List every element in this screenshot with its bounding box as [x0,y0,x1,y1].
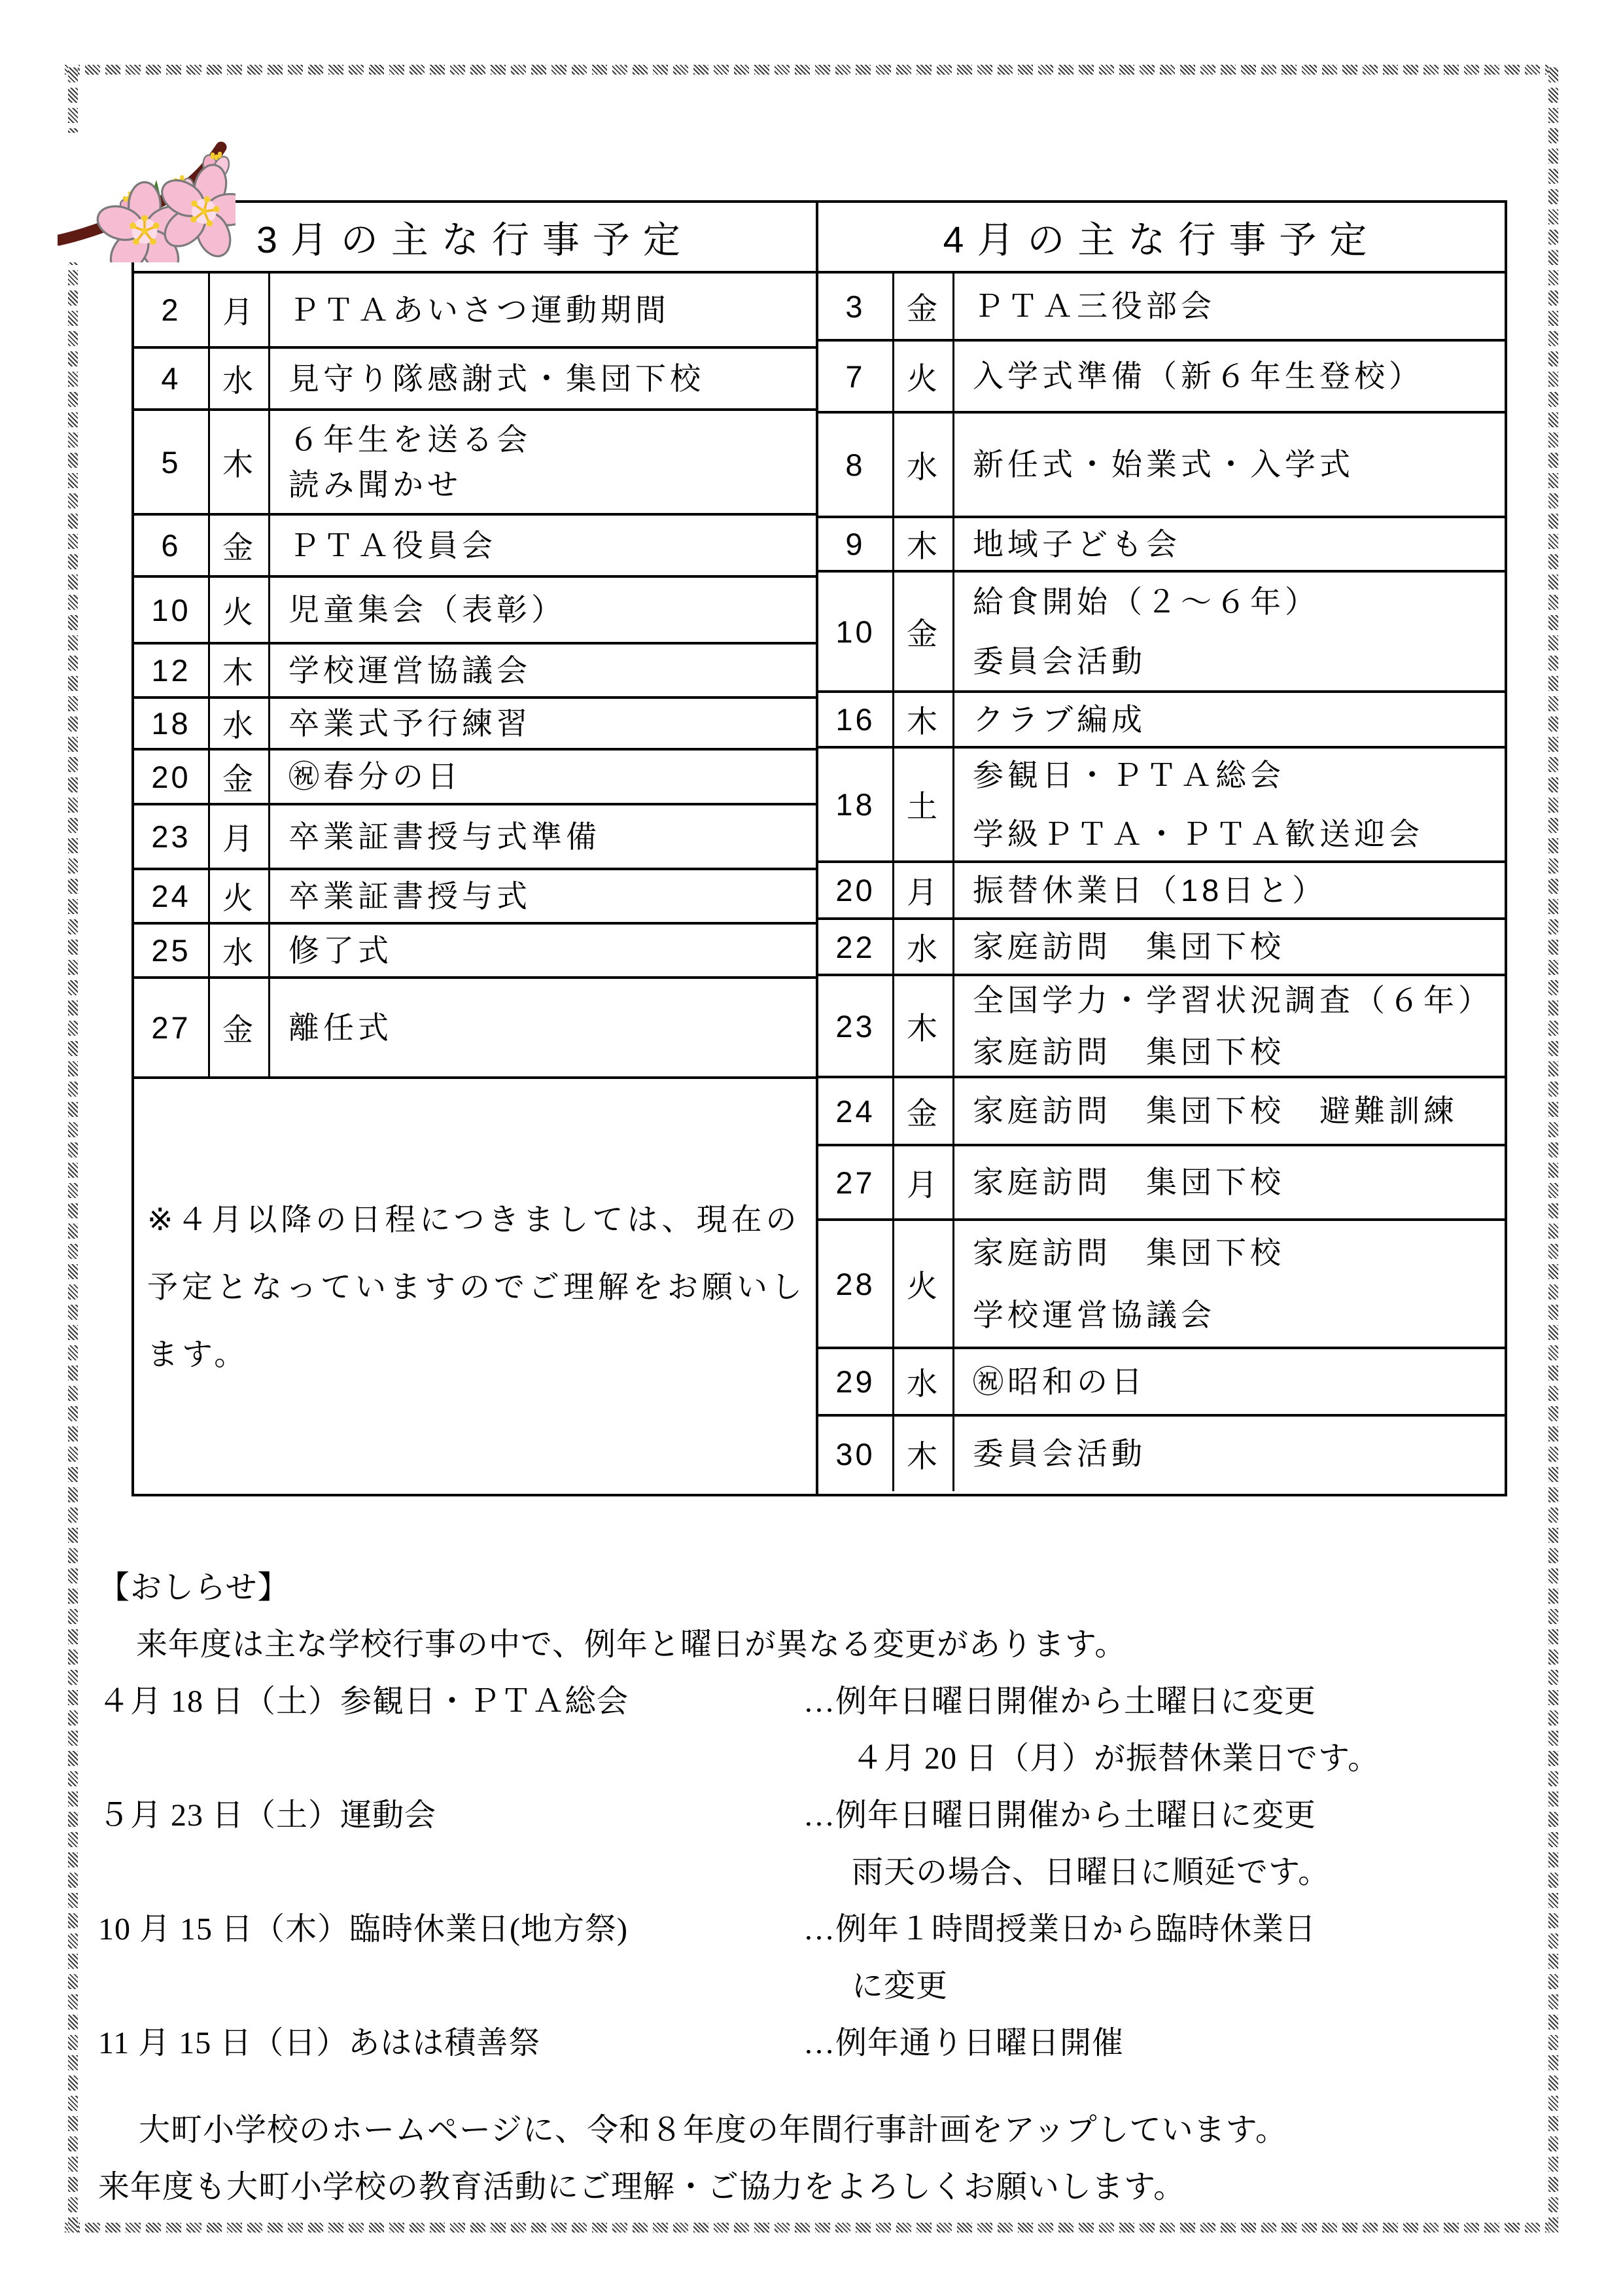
event-line: 家庭訪問 集団下校 [973,1235,1505,1271]
day-cell: 金 [210,979,270,1076]
table-row: 28 火 家庭訪問 集団下校学校運営協議会 [818,1221,1505,1349]
table-row: 8 水 新任式・始業式・入学式 [818,414,1505,518]
day-cell: 水 [210,699,270,748]
day-cell: 月 [210,274,270,346]
date-cell: 27 [818,1146,894,1218]
event-line: 学級ＰＴＡ・ＰＴＡ歓送迎会 [973,816,1505,852]
event-line: 地域子ども会 [973,526,1505,562]
day-cell: 金 [210,751,270,803]
day-cell: 水 [210,925,270,976]
event-line: 学校運営協議会 [973,1297,1505,1333]
table-row: 20 月 振替休業日（18日と） [818,863,1505,920]
event-cell: 委員会活動 [954,1417,1505,1491]
notice-item: 11 月 15 日（日）あはは積善祭 …例年通り日曜日開催 [98,2011,1541,2068]
event-line: 委員会活動 [973,643,1505,679]
table-row: 3 金 ＰＴＡ三役部会 [818,274,1505,342]
notice-item-change: …例年１時間授業日から臨時休業日 [803,1903,1541,1949]
event-line: 卒業証書授与式準備 [288,819,816,855]
date-cell: 18 [818,749,894,860]
event-line: 家庭訪問 集団下校 [973,1164,1505,1200]
schedule-note-cell: ※４月以降の日程につきましては、現在の 予定となっていますのでご理解をお願いし … [134,1079,816,1494]
event-line: 家庭訪問 集団下校 避難訓練 [973,1093,1505,1129]
notice-section: 【おしらせ】 来年度は主な学校行事の中で、例年と曜日が異なる変更があります。 ４… [98,1556,1541,2212]
date-cell: 23 [134,805,210,868]
day-cell: 木 [210,411,270,513]
march-title: 3月の主な行事予定 [134,203,816,274]
table-row: 27 月 家庭訪問 集団下校 [818,1146,1505,1221]
date-cell: 24 [818,1078,894,1144]
event-line: ＰＴＡあいさつ運動期間 [288,292,816,328]
notice-item-event: ４月 18 日（土）参観日・ＰＴＡ総会 [98,1676,803,1721]
event-line: 学校運営協議会 [288,652,816,688]
day-cell: 木 [894,976,954,1076]
table-row: 18 水 卒業式予行練習 [134,699,816,751]
event-cell: ＰＴＡ三役部会 [954,274,1505,339]
date-cell: 23 [818,976,894,1076]
event-cell: 学校運営協議会 [270,645,816,696]
table-row: 23 木 全国学力・学習状況調査（６年）家庭訪問 集団下校 [818,976,1505,1078]
date-cell: 12 [134,645,210,696]
day-cell: 水 [894,414,954,516]
event-cell: 家庭訪問 集団下校学校運営協議会 [954,1221,1505,1347]
event-line: ＰＴＡ三役部会 [973,288,1505,324]
event-cell: クラブ編成 [954,693,1505,746]
table-row: 10 火 児童集会（表彰） [134,578,816,645]
notice-item: ４月 20 日（月）が振替休業日です。 [98,1727,1541,1784]
event-line: ６年生を送る会 [288,421,816,457]
event-cell: ＰＴＡ役員会 [270,516,816,575]
day-cell: 水 [210,349,270,408]
date-cell: 4 [134,349,210,408]
notice-intro: 来年度は主な学校行事の中で、例年と曜日が異なる変更があります。 [98,1613,1541,1670]
event-line: 新任式・始業式・入学式 [973,446,1505,482]
note-line: 予定となっていますのでご理解をお願いし [147,1253,807,1320]
date-cell: 20 [818,863,894,917]
notice-item-change: …例年日曜日開催から土曜日に変更 [803,1790,1541,1835]
day-cell: 月 [210,805,270,868]
table-row: 25 水 修了式 [134,925,816,979]
day-cell: 金 [210,516,270,575]
day-cell: 木 [894,693,954,746]
notice-item-event: 10 月 15 日（木）臨時休業日(地方祭) [98,1903,803,1949]
event-line: 委員会活動 [973,1436,1505,1472]
event-line: 離任式 [288,1010,816,1046]
day-cell: 火 [894,1221,954,1347]
notice-footer-line2: 来年度も大町小学校の教育活動にご理解・ご協力をよろしくお願いします。 [98,2155,1541,2212]
date-cell: 16 [818,693,894,746]
day-cell: 木 [210,645,270,696]
day-cell: 火 [894,342,954,411]
notice-item: 雨天の場合、日曜日に順延です。 [98,1841,1541,1898]
event-cell: ㊗春分の日 [270,751,816,803]
event-cell: 家庭訪問 集団下校 [954,920,1505,974]
event-line: 児童集会（表彰） [288,592,816,627]
table-row: 4 水 見守り隊感謝式・集団下校 [134,349,816,411]
event-line: 家庭訪問 集団下校 [973,1034,1505,1070]
event-line: 振替休業日（18日と） [973,872,1505,908]
table-row: 20 金 ㊗春分の日 [134,751,816,805]
event-cell: 振替休業日（18日と） [954,863,1505,917]
march-table: 3月の主な行事予定 2 月 ＰＴＡあいさつ運動期間 4 水 見守り隊感謝式・集団… [134,203,818,1494]
event-cell: 家庭訪問 集団下校 避難訓練 [954,1078,1505,1144]
date-cell: 30 [818,1417,894,1491]
april-table: 4月の主な行事予定 3 金 ＰＴＡ三役部会 7 火 入学式準備（新６年生登校） … [818,203,1505,1494]
day-cell: 水 [894,1349,954,1414]
event-cell: 新任式・始業式・入学式 [954,414,1505,516]
event-cell: ６年生を送る会読み聞かせ [270,411,816,513]
day-cell: 木 [894,1417,954,1491]
notice-item: ４月 18 日（土）参観日・ＰＴＡ総会 …例年日曜日開催から土曜日に変更 [98,1670,1541,1727]
notice-item-change: 雨天の場合、日曜日に順延です。 [803,1846,1541,1892]
table-row: 2 月 ＰＴＡあいさつ運動期間 [134,274,816,349]
event-line: 卒業証書授与式 [288,878,816,914]
event-cell: 地域子ども会 [954,518,1505,570]
day-cell: 土 [894,749,954,860]
table-row: 29 水 ㊗昭和の日 [818,1349,1505,1417]
date-cell: 25 [134,925,210,976]
event-line: 修了式 [288,932,816,968]
date-cell: 7 [818,342,894,411]
event-line: 家庭訪問 集団下校 [973,928,1505,964]
date-cell: 28 [818,1221,894,1347]
day-cell: 水 [894,920,954,974]
cherry-blossom-icon [58,133,236,262]
date-cell: 3 [818,274,894,339]
day-cell: 木 [894,518,954,570]
notice-item-change: …例年通り日曜日開催 [803,2017,1541,2062]
date-cell: 5 [134,411,210,513]
date-cell: 22 [818,920,894,974]
day-cell: 金 [894,274,954,339]
notice-item-change: ４月 20 日（月）が振替休業日です。 [803,1733,1541,1778]
event-line: ㊗春分の日 [288,758,816,794]
event-cell: 入学式準備（新６年生登校） [954,342,1505,411]
event-cell: ㊗昭和の日 [954,1349,1505,1414]
event-cell: 卒業証書授与式 [270,870,816,922]
event-line: 読み聞かせ [288,467,816,503]
event-cell: 給食開始（２～６年）委員会活動 [954,573,1505,690]
event-cell: 全国学力・学習状況調査（６年）家庭訪問 集団下校 [954,976,1505,1076]
table-row: 6 金 ＰＴＡ役員会 [134,516,816,578]
table-row: 22 水 家庭訪問 集団下校 [818,920,1505,976]
april-title: 4月の主な行事予定 [818,203,1505,274]
table-row: 16 木 クラブ編成 [818,693,1505,749]
event-cell: 卒業証書授与式準備 [270,805,816,868]
event-cell: ＰＴＡあいさつ運動期間 [270,274,816,346]
date-cell: 29 [818,1349,894,1414]
notice-item: に変更 [98,1954,1541,2011]
date-cell: 8 [818,414,894,516]
notice-footer-line1: 大町小学校のホームページに、令和８年度の年間行事計画をアップしています。 [98,2098,1541,2155]
day-cell: 火 [210,578,270,642]
notice-heading: 【おしらせ】 [98,1556,1541,1613]
notice-item-change: …例年日曜日開催から土曜日に変更 [803,1676,1541,1721]
event-line: 入学式準備（新６年生登校） [973,358,1505,394]
notice-item-event: ５月 23 日（土）運動会 [98,1790,803,1835]
table-row: 27 金 離任式 [134,979,816,1079]
date-cell: 9 [818,518,894,570]
date-cell: 18 [134,699,210,748]
event-cell: 見守り隊感謝式・集団下校 [270,349,816,408]
notice-item-event: 11 月 15 日（日）あはは積善祭 [98,2017,803,2062]
date-cell: 2 [134,274,210,346]
note-line: ます。 [147,1320,807,1388]
event-line: 見守り隊感謝式・集団下校 [288,361,816,397]
table-row: 10 金 給食開始（２～６年）委員会活動 [818,573,1505,693]
date-cell: 10 [134,578,210,642]
event-cell: 離任式 [270,979,816,1076]
event-cell: 家庭訪問 集団下校 [954,1146,1505,1218]
day-cell: 金 [894,1078,954,1144]
day-cell: 金 [894,573,954,690]
day-cell: 月 [894,1146,954,1218]
date-cell: 10 [818,573,894,690]
schedule-table: 3月の主な行事予定 2 月 ＰＴＡあいさつ運動期間 4 水 見守り隊感謝式・集団… [131,200,1507,1496]
event-cell: 児童集会（表彰） [270,578,816,642]
event-cell: 参観日・ＰＴＡ総会学級ＰＴＡ・ＰＴＡ歓送迎会 [954,749,1505,860]
date-cell: 24 [134,870,210,922]
event-cell: 卒業式予行練習 [270,699,816,748]
date-cell: 27 [134,979,210,1076]
event-line: ㊗昭和の日 [973,1364,1505,1400]
event-line: クラブ編成 [973,701,1505,737]
table-row: 12 木 学校運営協議会 [134,645,816,699]
notice-item-change: に変更 [803,1960,1541,2005]
table-row: 30 木 委員会活動 [818,1417,1505,1491]
table-row: 7 火 入学式準備（新６年生登校） [818,342,1505,414]
day-cell: 月 [894,863,954,917]
event-line: ＰＴＡ役員会 [288,527,816,563]
table-row: 23 月 卒業証書授与式準備 [134,805,816,870]
event-line: 全国学力・学習状況調査（６年） [973,982,1505,1018]
note-line: ※４月以降の日程につきましては、現在の [147,1186,807,1253]
event-line: 卒業式予行練習 [288,705,816,741]
page-border-left [68,65,78,2233]
table-row: 5 木 ６年生を送る会読み聞かせ [134,411,816,516]
newsletter-page: { "document": { "march": { "title": "3月の… [0,0,1623,2296]
page-border-bottom [65,2223,1558,2233]
date-cell: 20 [134,751,210,803]
table-row: 24 金 家庭訪問 集団下校 避難訓練 [818,1078,1505,1146]
table-row: 24 火 卒業証書授与式 [134,870,816,925]
page-border-right [1548,65,1558,2233]
notice-item: ５月 23 日（土）運動会 …例年日曜日開催から土曜日に変更 [98,1784,1541,1841]
table-row: 9 木 地域子ども会 [818,518,1505,573]
page-border-top [65,65,1558,75]
table-row: 18 土 参観日・ＰＴＡ総会学級ＰＴＡ・ＰＴＡ歓送迎会 [818,749,1505,863]
date-cell: 6 [134,516,210,575]
event-line: 給食開始（２～６年） [973,584,1505,620]
event-cell: 修了式 [270,925,816,976]
day-cell: 火 [210,870,270,922]
notice-item: 10 月 15 日（木）臨時休業日(地方祭) …例年１時間授業日から臨時休業日 [98,1898,1541,1954]
event-line: 参観日・ＰＴＡ総会 [973,757,1505,793]
